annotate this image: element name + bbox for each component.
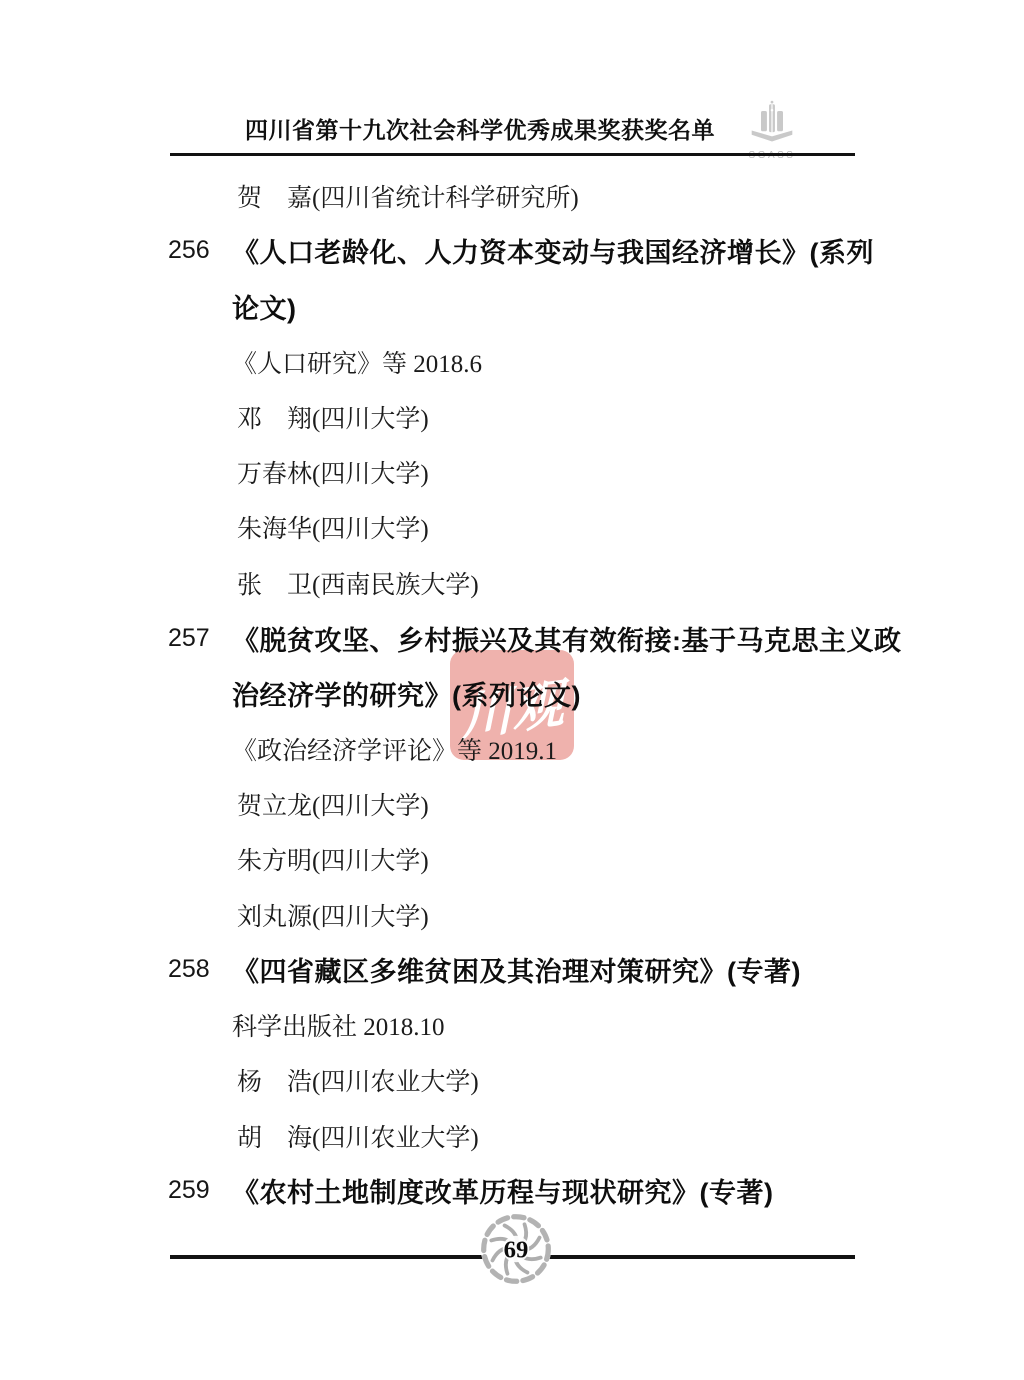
publication-line: 《政治经济学评论》等 2019.1: [232, 731, 557, 767]
author-line: 朱海华(四川大学): [237, 509, 429, 545]
entry-256-publication: 《人口研究》等 2018.6: [0, 334, 1024, 389]
entry-number: 258: [168, 955, 210, 984]
page-number: 69: [504, 1237, 529, 1264]
entry-256-title-line-2: 论文): [0, 279, 1024, 334]
publisher-logo: SGASS: [742, 100, 802, 161]
entry-title: 《人口老龄化、人力资本变动与我国经济增长》(系列: [232, 231, 874, 270]
page-title: 四川省第十九次社会科学优秀成果奖获奖名单: [170, 112, 790, 145]
entry-number: 256: [168, 236, 210, 265]
entry-258-publication: 科学出版社 2018.10: [0, 997, 1024, 1052]
award-list: 贺 嘉(四川省统计科学研究所) 256 《人口老龄化、人力资本变动与我国经济增长…: [0, 168, 1024, 1219]
entry-257-author: 朱方明(四川大学): [0, 832, 1024, 887]
author-line: 贺 嘉(四川省统计科学研究所): [237, 178, 579, 214]
entry-256-author: 邓 翔(四川大学): [0, 389, 1024, 444]
author-line: 杨 浩(四川农业大学): [237, 1062, 479, 1098]
entry-title: 《四省藏区多维贫困及其治理对策研究》(专著): [232, 950, 801, 989]
entry-title: 论文): [232, 287, 297, 326]
entry-257-author: 贺立龙(四川大学): [0, 776, 1024, 831]
author-line: 张 卫(西南民族大学): [237, 565, 479, 601]
entry-title: 《农村土地制度改革历程与现状研究》(专著): [232, 1171, 773, 1210]
entry-256-title-line-1: 256 《人口老龄化、人力资本变动与我国经济增长》(系列: [0, 223, 1024, 278]
entry-257-title-line-1: 257 《脱贫攻坚、乡村振兴及其有效衔接:基于马克思主义政: [0, 610, 1024, 665]
page-number-emblem: 69: [478, 1210, 554, 1288]
entry-258-author: 胡 海(四川农业大学): [0, 1108, 1024, 1163]
entry-number: 257: [168, 624, 210, 653]
author-line: 贺立龙(四川大学): [237, 786, 429, 822]
sgass-building-book-icon: [746, 131, 798, 148]
author-line: 万春林(四川大学): [237, 454, 429, 490]
entry-title: 治经济学的研究》(系列论文): [232, 674, 581, 713]
header-divider: [170, 153, 855, 156]
entry-256-author: 万春林(四川大学): [0, 444, 1024, 499]
entry-257-title-line-2: 治经济学的研究》(系列论文): [0, 666, 1024, 721]
entry-number: 259: [168, 1176, 210, 1205]
author-line: 朱方明(四川大学): [237, 841, 429, 877]
entry-258-title-line-1: 258 《四省藏区多维贫困及其治理对策研究》(专著): [0, 942, 1024, 997]
author-line: 邓 翔(四川大学): [237, 399, 429, 435]
entry-256-author: 朱海华(四川大学): [0, 500, 1024, 555]
entry-257-publication: 《政治经济学评论》等 2019.1: [0, 721, 1024, 776]
entry-256-author: 张 卫(西南民族大学): [0, 555, 1024, 610]
publication-line: 科学出版社 2018.10: [232, 1007, 445, 1043]
author-line: 胡 海(四川农业大学): [237, 1118, 479, 1154]
entry-258-author: 杨 浩(四川农业大学): [0, 1053, 1024, 1108]
publication-line: 《人口研究》等 2018.6: [232, 344, 482, 380]
entry-257-author: 刘丸源(四川大学): [0, 887, 1024, 942]
author-line: 刘丸源(四川大学): [237, 897, 429, 933]
entry-title: 《脱贫攻坚、乡村振兴及其有效衔接:基于马克思主义政: [232, 619, 902, 658]
list-item: 贺 嘉(四川省统计科学研究所): [0, 168, 1024, 223]
